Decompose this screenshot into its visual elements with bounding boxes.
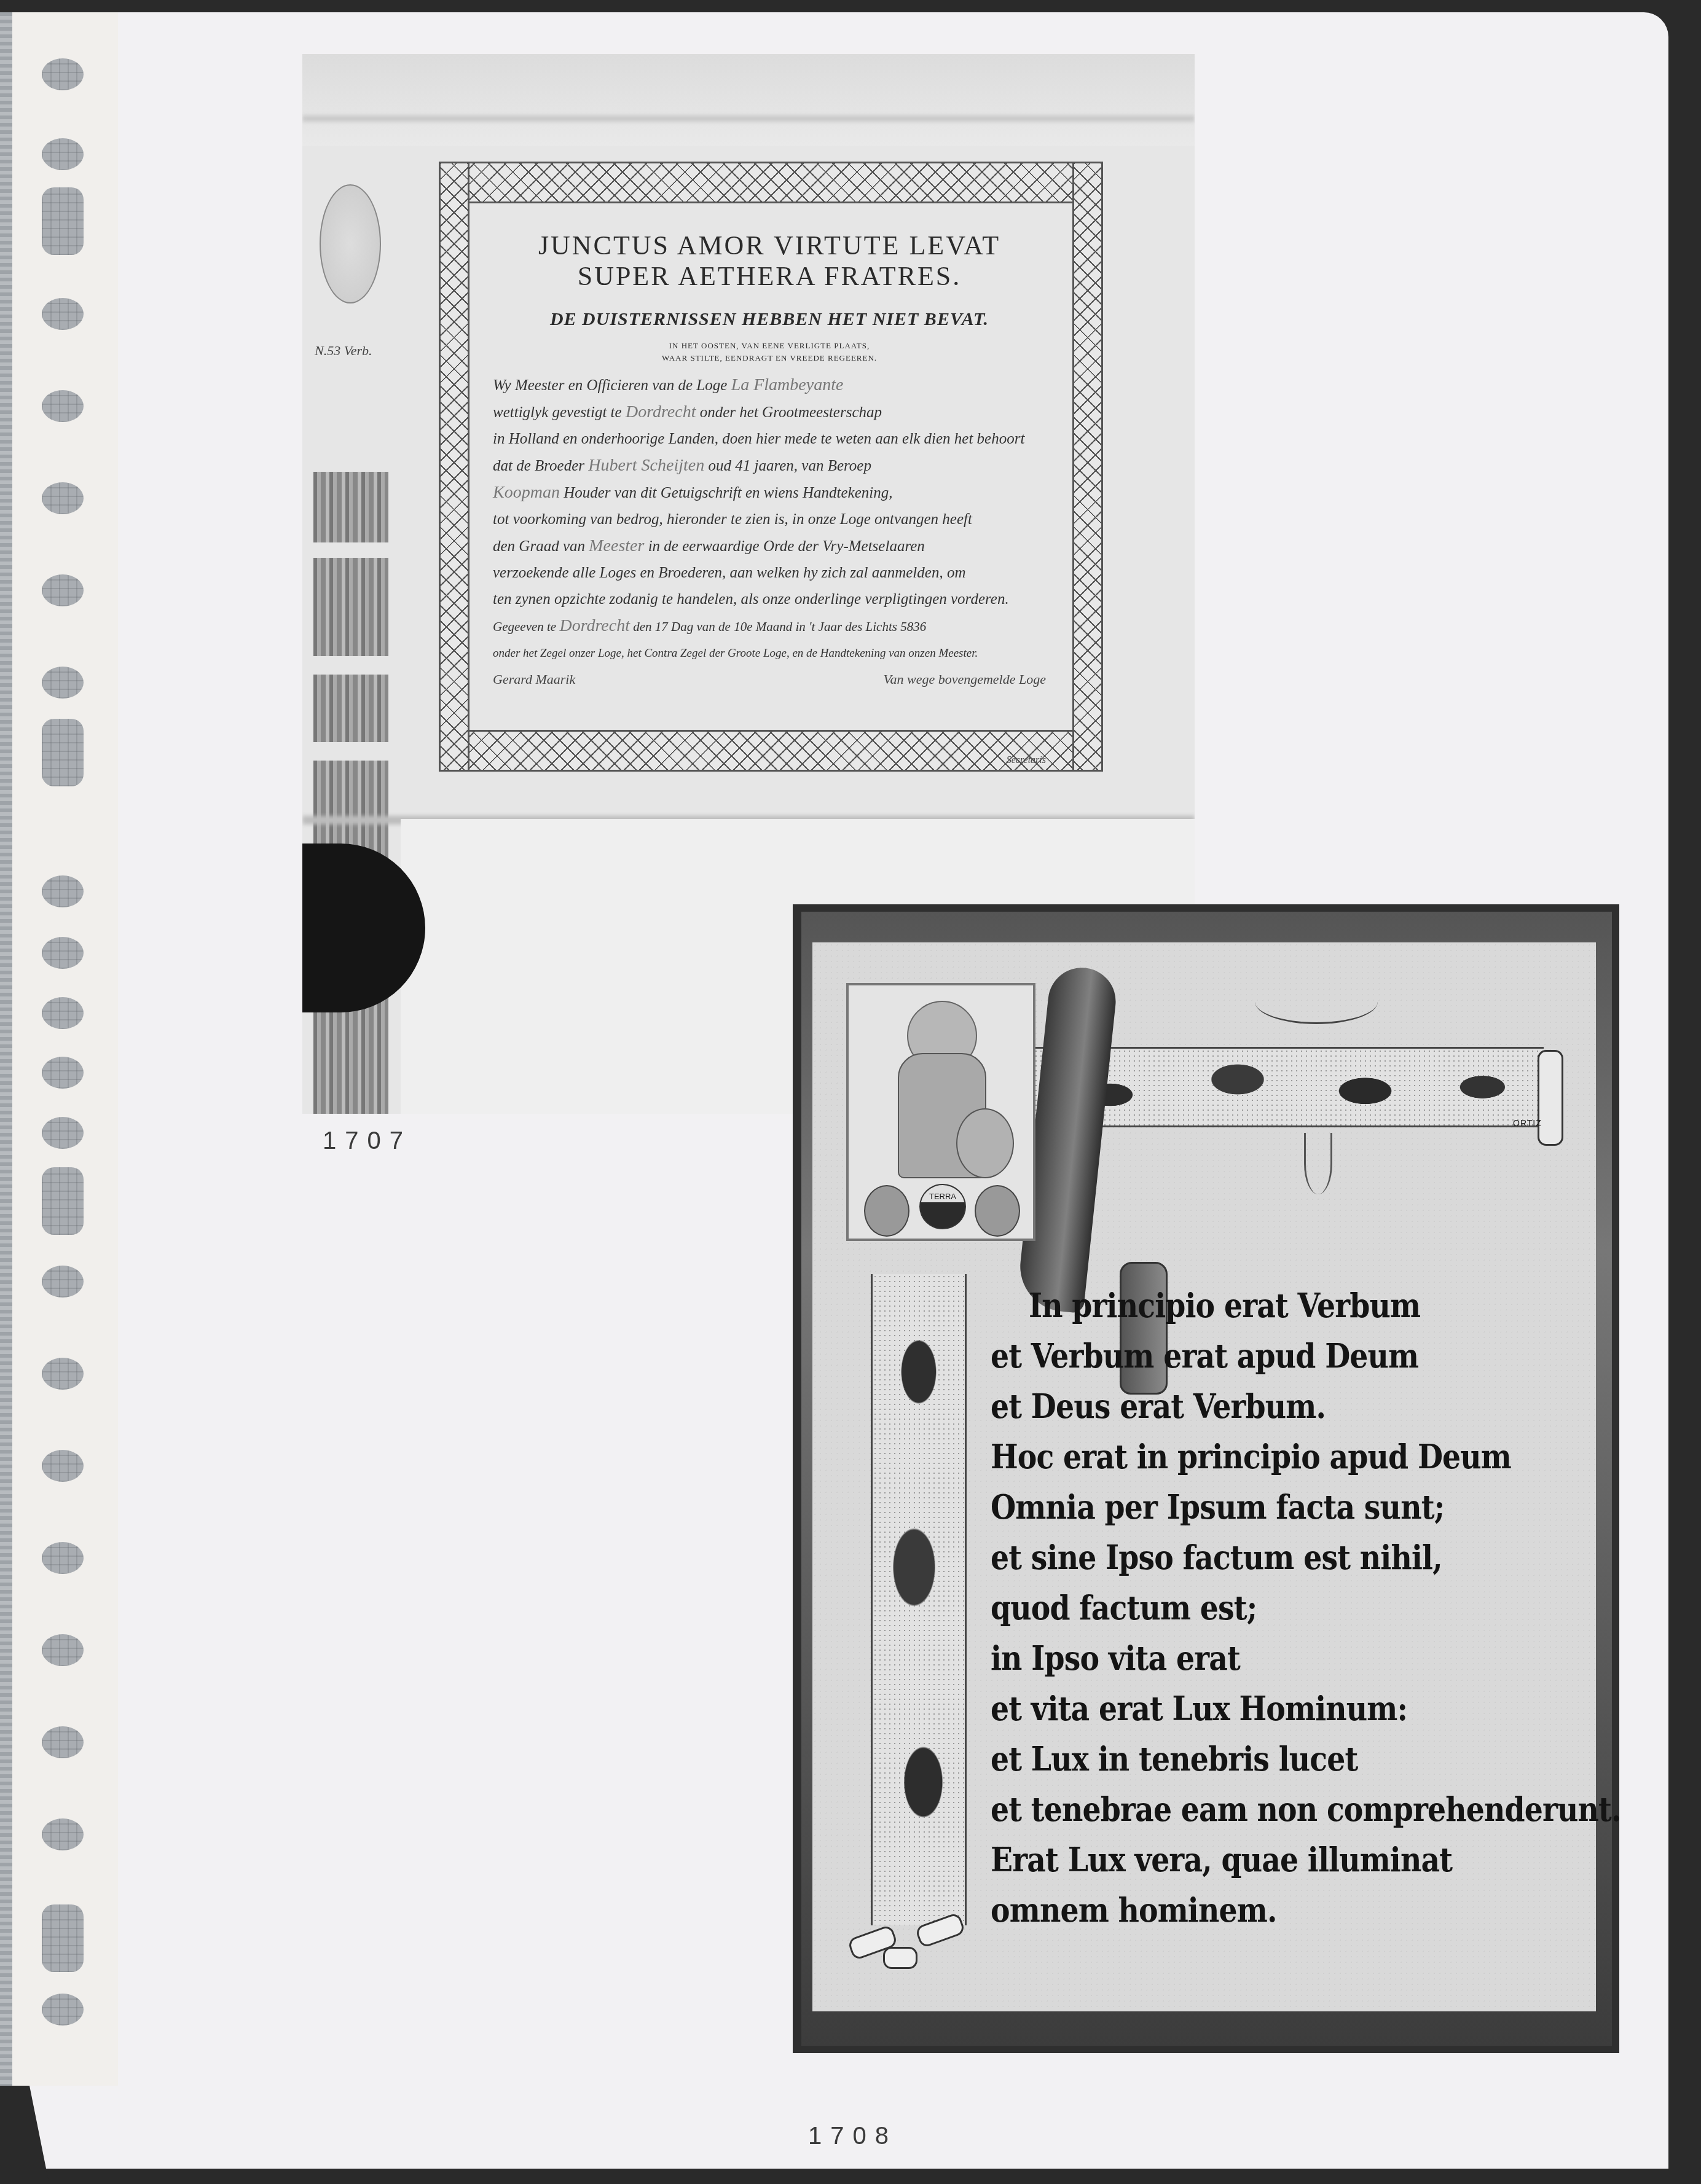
acanthus-border-top xyxy=(1034,1047,1544,1127)
acanthus-border-left xyxy=(871,1274,967,1925)
margin-note: N.53 Verb. xyxy=(315,343,372,359)
punch-hole-icon xyxy=(42,1726,84,1758)
punch-hole-icon xyxy=(42,719,84,786)
certificate-body: Wy Meester en Officieren van de Loge La … xyxy=(493,372,1046,667)
punch-hole-icon xyxy=(42,138,84,170)
punch-hole-icon xyxy=(42,574,84,606)
lattice-border-left xyxy=(439,162,469,772)
lattice-border-top xyxy=(439,162,1103,203)
medallion-portrait-icon xyxy=(975,1185,1020,1237)
binder-edge xyxy=(0,12,12,2169)
punch-hole-icon xyxy=(42,1904,84,1972)
punch-hole-icon xyxy=(42,1542,84,1574)
latin-text-block: In principio erat Verbum et Verbum erat … xyxy=(991,1280,1498,1935)
punch-hole-icon xyxy=(42,58,84,90)
scroll-end-icon xyxy=(1538,1050,1563,1146)
photo-caption-1708: 1708 xyxy=(808,2123,897,2150)
motto-line-2: SUPER AETHERA FRATRES. xyxy=(493,261,1046,292)
motto-line-1: JUNCTUS AMOR VIRTUTE LEVAT xyxy=(493,230,1046,261)
certificate-subtitle: DE DUISTERNISSEN HEBBEN HET NIET BEVAT. xyxy=(493,309,1046,330)
text-line: Erat Lux vera, quae illuminat xyxy=(991,1834,1498,1885)
fold-line xyxy=(302,115,1195,122)
certificate-small-line-2: WAAR STILTE, EENDRAGT EN VREEDE REGEEREN… xyxy=(493,353,1046,363)
punch-hole-icon xyxy=(42,1117,84,1149)
punch-hole-icon xyxy=(42,875,84,907)
punch-hole-icon xyxy=(42,1057,84,1089)
ribbon-segment xyxy=(313,675,388,742)
punch-hole-icon xyxy=(42,1167,84,1235)
punch-hole-icon xyxy=(42,390,84,422)
certificate-top-margin xyxy=(302,54,1195,146)
text-line: in Ipso vita erat xyxy=(991,1633,1498,1683)
punch-hole-icon xyxy=(42,187,84,255)
punch-hole-icon xyxy=(42,1634,84,1666)
certificate-small-line-1: IN HET OOSTEN, VAN EENE VERLIGTE PLAATS, xyxy=(493,341,1046,351)
text-line: Omnia per Ipsum facta sunt; xyxy=(991,1482,1498,1532)
text-line: et sine Ipso factum est nihil, xyxy=(991,1532,1498,1583)
text-line: In principio erat Verbum xyxy=(991,1280,1498,1331)
christ-pantocrator-miniature: TERRA xyxy=(846,983,1035,1241)
signature-label: Van wege bovengemelde Loge xyxy=(883,671,1046,687)
text-line: quod factum est; xyxy=(991,1583,1498,1633)
artist-signature: ORTIZ xyxy=(1513,1118,1542,1128)
pendant-ornament-icon xyxy=(1304,1133,1332,1194)
punched-binder-strip xyxy=(12,12,118,2086)
medallion-seal-icon xyxy=(320,184,381,303)
wheel-icon xyxy=(956,1108,1014,1178)
text-line: et vita erat Lux Hominum: xyxy=(991,1683,1498,1734)
illuminated-manuscript: ORTIZ TERRA In principio erat Verbum et … xyxy=(812,942,1596,2011)
punch-hole-icon xyxy=(42,1450,84,1482)
punch-hole-icon xyxy=(42,937,84,969)
photo-manuscript: ORTIZ TERRA In principio erat Verbum et … xyxy=(793,904,1619,2053)
signature-label: Secretaris xyxy=(1007,755,1046,766)
text-line: et tenebrae eam non comprehenderunt. xyxy=(991,1784,1498,1834)
medallion-portrait-icon xyxy=(864,1185,909,1237)
punch-hole-icon xyxy=(42,1358,84,1390)
ribbon-segment xyxy=(313,558,388,656)
fleur-ornament-icon xyxy=(1255,979,1378,1024)
lattice-border-right xyxy=(1072,162,1103,772)
terra-globe-label: TERRA xyxy=(919,1184,966,1229)
text-line: et Deus erat Verbum. xyxy=(991,1381,1498,1431)
punch-hole-icon xyxy=(42,482,84,514)
punch-hole-icon xyxy=(42,1266,84,1297)
scroll-ends-icon xyxy=(849,1919,972,1962)
punch-hole-icon xyxy=(42,298,84,330)
punch-hole-icon xyxy=(42,997,84,1029)
punch-hole-icon xyxy=(42,1818,84,1850)
text-line: omnem hominem. xyxy=(991,1885,1498,1935)
signature-row: Gerard Maarik Van wege bovengemelde Loge xyxy=(493,671,1046,687)
photo-caption-1707: 1707 xyxy=(323,1127,412,1155)
text-line: et Lux in tenebris lucet xyxy=(991,1734,1498,1784)
punch-hole-icon xyxy=(42,667,84,699)
signature-row: Secretaris xyxy=(493,755,1046,766)
ribbon-segment xyxy=(313,472,388,542)
text-line: Hoc erat in principio apud Deum xyxy=(991,1431,1498,1482)
certificate-text-block: JUNCTUS AMOR VIRTUTE LEVAT SUPER AETHERA… xyxy=(468,200,1070,728)
signature-label: Gerard Maarik xyxy=(493,671,575,687)
certificate-motto: JUNCTUS AMOR VIRTUTE LEVAT SUPER AETHERA… xyxy=(493,230,1046,292)
punch-hole-icon xyxy=(42,1994,84,2025)
text-line: et Verbum erat apud Deum xyxy=(991,1331,1498,1381)
